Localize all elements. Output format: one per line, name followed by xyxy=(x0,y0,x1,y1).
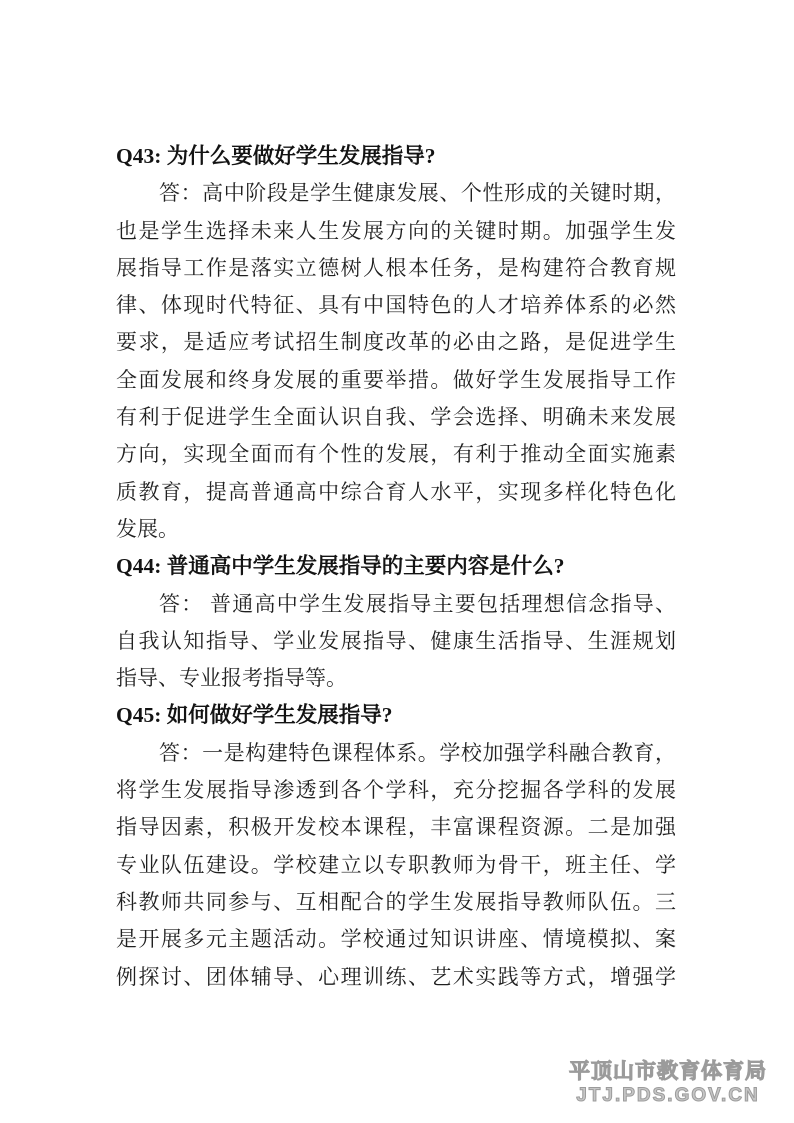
answer-line: 专业队伍建设。学校建立以专职教师为骨干，班主任、学 xyxy=(116,847,676,884)
question-heading-q44: Q44: 普通高中学生发展指导的主要内容是什么? xyxy=(116,548,676,585)
answer-line: 答： 普通高中学生发展指导主要包括理想信念指导、 xyxy=(116,586,676,623)
watermark-url: JTJ.PDS.GOV.CN xyxy=(552,1085,784,1107)
answer-line: 律、体现时代特征、具有中国特色的人才培养体系的必然 xyxy=(116,287,676,324)
answer-line: 自我认知指导、学业发展指导、健康生活指导、生涯规划 xyxy=(116,623,676,660)
answer-line: 指导因素，积极开发校本课程，丰富课程资源。二是加强 xyxy=(116,809,676,846)
answer-line: 也是学生选择未来人生发展方向的关键时期。加强学生发 xyxy=(116,213,676,250)
document-body: Q43: 为什么要做好学生发展指导?答：高中阶段是学生健康发展、个性形成的关键时… xyxy=(116,138,676,996)
answer-line: 答：高中阶段是学生健康发展、个性形成的关键时期， xyxy=(116,175,676,212)
answer-line: 科教师共同参与、互相配合的学生发展指导教师队伍。三 xyxy=(116,884,676,921)
answer-line: 全面发展和终身发展的重要举措。做好学生发展指导工作 xyxy=(116,362,676,399)
answer-line: 有利于促进学生全面认识自我、学会选择、明确未来发展 xyxy=(116,399,676,436)
watermark: 平顶山市教育体育局 JTJ.PDS.GOV.CN xyxy=(552,1058,784,1107)
page: Q43: 为什么要做好学生发展指导?答：高中阶段是学生健康发展、个性形成的关键时… xyxy=(0,0,794,1123)
watermark-agency: 平顶山市教育体育局 xyxy=(552,1058,784,1085)
answer-line: 发展。 xyxy=(116,511,676,548)
answer-line: 质教育，提高普通高中综合育人水平，实现多样化特色化 xyxy=(116,474,676,511)
answer-line: 展指导工作是落实立德树人根本任务，是构建符合教育规 xyxy=(116,250,676,287)
answer-line: 指导、专业报考指导等。 xyxy=(116,660,676,697)
question-heading-q45: Q45: 如何做好学生发展指导? xyxy=(116,697,676,734)
answer-line: 方向，实现全面而有个性的发展，有利于推动全面实施素 xyxy=(116,436,676,473)
answer-line: 是开展多元主题活动。学校通过知识讲座、情境模拟、案 xyxy=(116,921,676,958)
answer-line: 答：一是构建特色课程体系。学校加强学科融合教育， xyxy=(116,735,676,772)
answer-line: 要求，是适应考试招生制度改革的必由之路，是促进学生 xyxy=(116,324,676,361)
answer-line: 例探讨、团体辅导、心理训练、艺术实践等方式，增强学 xyxy=(116,959,676,996)
question-heading-q43: Q43: 为什么要做好学生发展指导? xyxy=(116,138,676,175)
answer-line: 将学生发展指导渗透到各个学科，充分挖掘各学科的发展 xyxy=(116,772,676,809)
